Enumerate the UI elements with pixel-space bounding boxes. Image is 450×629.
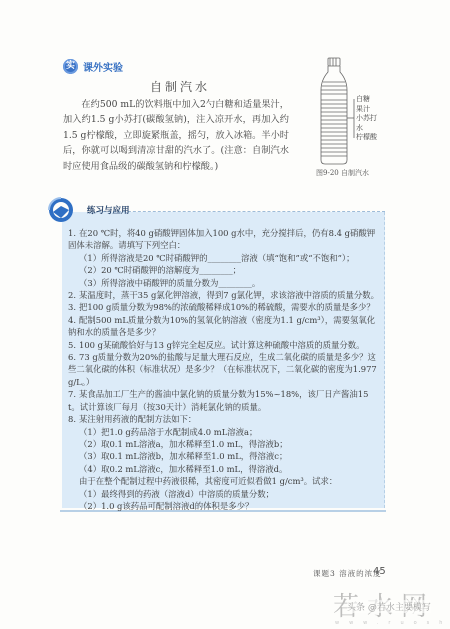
question-subitem: 由于在整个配制过程中药液很稀，其密度可近似看做1 g/cm³。试求：: [68, 475, 380, 487]
question-2: 2.某温度时，蒸干35 g氯化钾溶液，得到7 g氯化钾，求该溶液中溶质的质量分数…: [68, 289, 380, 301]
question-subitem: （4）取0.2 mL溶液c，加水稀释至1.0 mL，得溶液d。: [68, 463, 380, 475]
question-subitem: （3）取0.1 mL溶液b，加水稀释至1.0 mL，得溶液c；: [68, 450, 380, 462]
question-list: 1.在20 ℃时，将40 g硝酸钾固体加入100 g水中，充分搅拌后，仍有8.4…: [68, 227, 380, 512]
experiment-section-label: 课外实验: [83, 59, 123, 74]
figure-caption: 图9-20 自制汽水: [316, 168, 369, 178]
question-text: 100 g某硫酸恰好与13 g锌完全起反应。试计算这种硫酸中溶质的质量分数。: [79, 340, 365, 350]
practice-icon: [47, 196, 75, 224]
bottle-ingredient-labels: 白糖 果汁 小苏打 水 柠檬酸: [356, 95, 377, 143]
chapter-footer: 课题3 溶液的浓度: [313, 568, 382, 579]
question-4: 4.配制500 mL质量分数为10%的氢氧化钠溶液（密度为1.1 g/cm³），…: [68, 314, 380, 339]
question-text: 把100 g质量分数为98%的浓硫酸稀释成10%的稀硫酸，需要水的质量是多少？: [79, 302, 375, 312]
question-5: 5.100 g某硫酸恰好与13 g锌完全起反应。试计算这种硫酸中溶质的质量分数。: [68, 339, 380, 351]
experiment-section-header: 实 课外实验: [63, 59, 123, 74]
experiment-paragraph: 在约500 mL的饮料瓶中加入2勺白糖和适量果汁，加入约1.5 g小苏打(碳酸氢…: [63, 97, 289, 174]
ingredient-label: 白糖: [356, 95, 377, 105]
practice-section-label: 练习与应用: [87, 204, 130, 216]
question-number: 3.: [68, 301, 79, 313]
question-text: 配制500 mL质量分数为10%的氢氧化钠溶液（密度为1.1 g/cm³），需要…: [68, 315, 375, 337]
watermark-subtext: www.ruoshui.com: [335, 620, 450, 626]
question-number: 2.: [68, 289, 79, 301]
experiment-title: 自制汽水: [150, 78, 210, 95]
question-subitem: （3）所得溶液中硝酸钾的质量分数为________。: [68, 277, 380, 289]
question-number: 4.: [68, 314, 79, 326]
page-number: 45: [373, 566, 386, 577]
question-3: 3.把100 g质量分数为98%的浓硫酸稀释成10%的稀硫酸，需要水的质量是多少…: [68, 301, 380, 313]
question-8: 8.某注射用药液的配制方法如下： （1）把1.0 g药品溶于水配制成4.0 mL…: [68, 413, 380, 512]
ingredient-label: 小苏打: [356, 114, 377, 124]
question-text: 某注射用药液的配制方法如下：: [79, 414, 196, 424]
question-number: 5.: [68, 339, 79, 351]
question-subitem: （2）1.0 g该药品可配制溶液d的体积是多少？: [68, 500, 380, 512]
ingredient-label: 柠檬酸: [356, 133, 377, 143]
question-subitem: （1）把1.0 g药品溶于水配制成4.0 mL溶液a；: [68, 426, 380, 438]
experiment-body: 在约500 mL的饮料瓶中加入2勺白糖和适量果汁，加入约1.5 g小苏打(碳酸氢…: [63, 97, 289, 174]
watermark: 若水网 头条 @若水主要模写 www.ruoshui.com: [333, 586, 448, 628]
question-number: 6.: [68, 351, 79, 363]
question-1: 1.在20 ℃时，将40 g硝酸钾固体加入100 g水中，充分搅拌后，仍有8.4…: [68, 227, 380, 289]
ingredient-label: 水: [356, 124, 377, 134]
textbook-page: 实 课外实验 自制汽水 在约500 mL的饮料瓶中加入2勺白糖和适量果汁，加入约…: [0, 0, 450, 629]
question-text: 73 g质量分数为20%的盐酸与足量大理石反应，生成二氧化碳的质量是多少？这些二…: [68, 352, 377, 387]
question-6: 6.73 g质量分数为20%的盐酸与足量大理石反应，生成二氧化碳的质量是多少？这…: [68, 351, 380, 388]
question-text: 在20 ℃时，将40 g硝酸钾固体加入100 g水中，充分搅拌后，仍有8.4 g…: [68, 228, 375, 250]
question-subitem: （2）20 ℃时硝酸钾的溶解度为________；: [68, 264, 380, 276]
question-number: 8.: [68, 413, 79, 425]
experiment-icon: 实: [63, 59, 78, 74]
watermark-caption: 头条 @若水主要模写: [347, 600, 431, 613]
question-text: 某温度时，蒸干35 g氯化钾溶液，得到7 g氯化钾，求该溶液中溶质的质量分数。: [79, 290, 379, 300]
question-number: 7.: [68, 388, 79, 400]
question-7: 7.某食品加工厂生产的酱油中氯化钠的质量分数为15%~18%，该厂日产酱油15 …: [68, 388, 380, 413]
ingredient-label: 果汁: [356, 105, 377, 115]
question-number: 1.: [68, 227, 79, 239]
question-text: 某食品加工厂生产的酱油中氯化钠的质量分数为15%~18%，该厂日产酱油15 t。…: [68, 389, 368, 411]
divider: [98, 211, 385, 212]
question-subitem: （2）取0.1 mL溶液a，加水稀释至1.0 mL，得溶液b；: [68, 438, 380, 450]
question-subitem: （1）所得溶液是20 ℃时硝酸钾的________溶液（填“饱和”或“不饱和”）…: [68, 252, 380, 264]
question-subitem: （1）最终得到的药液（溶液d）中溶质的质量分数；: [68, 488, 380, 500]
